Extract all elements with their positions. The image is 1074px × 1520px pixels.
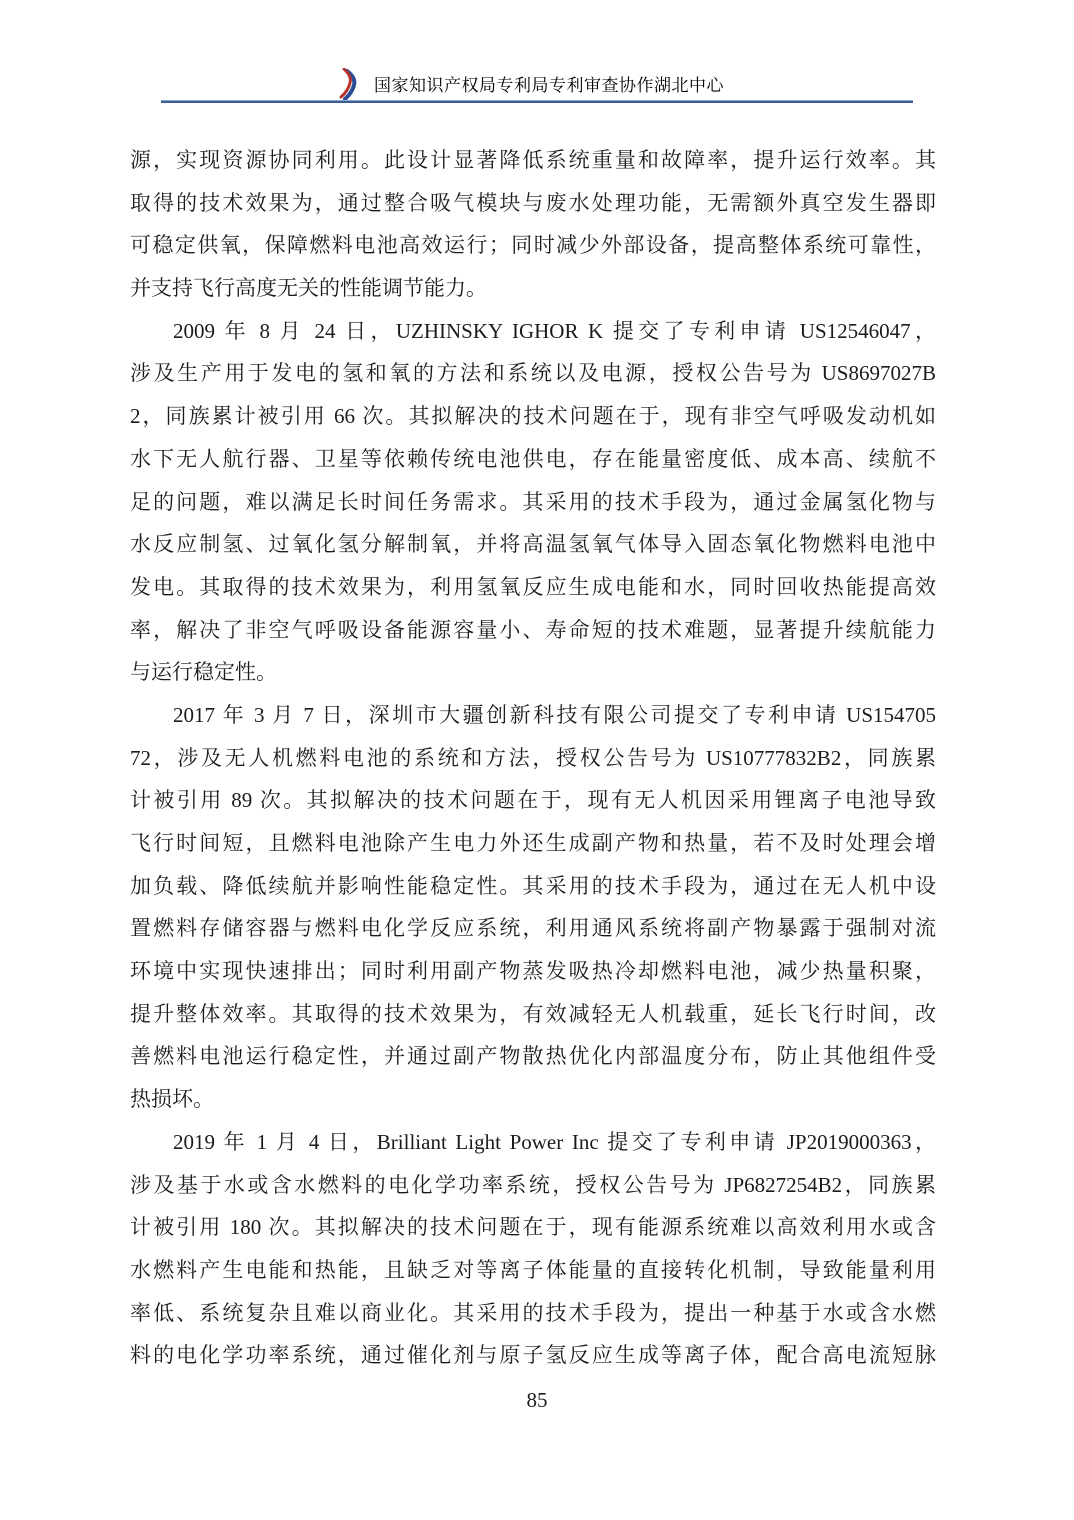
text-line: 热损坏。 bbox=[130, 1078, 936, 1121]
text-line: 计被引用 89 次。其拟解决的技术问题在于，现有无人机因采用锂离子电池导致 bbox=[130, 779, 936, 822]
text-line: 72，涉及无人机燃料电池的系统和方法，授权公告号为 US10777832B2，同… bbox=[130, 737, 936, 780]
header-rule-line bbox=[161, 100, 913, 103]
text-line: 取得的技术效果为，通过整合吸气模块与废水处理功能，无需额外真空发生器即 bbox=[130, 182, 936, 225]
paragraph-4: 2019 年 1 月 4 日，Brilliant Light Power Inc… bbox=[130, 1121, 936, 1377]
text-line: 与运行稳定性。 bbox=[130, 651, 936, 694]
text-line: 水下无人航行器、卫星等依赖传统电池供电，存在能量密度低、成本高、续航不 bbox=[130, 438, 936, 481]
text-line: 置燃料存储容器与燃料电化学反应系统，利用通风系统将副产物暴露于强制对流 bbox=[130, 907, 936, 950]
paragraph-1: 源，实现资源协同利用。此设计显著降低系统重量和故障率，提升运行效率。其取得的技术… bbox=[130, 139, 936, 310]
text-line: 加负载、降低续航并影响性能稳定性。其采用的技术手段为，通过在无人机中设 bbox=[130, 865, 936, 908]
paragraph-2: 2009 年 8 月 24 日，UZHINSKY IGHOR K 提交了专利申请… bbox=[130, 310, 936, 694]
text-line: 涉及基于水或含水燃料的电化学功率系统，授权公告号为 JP6827254B2，同族… bbox=[130, 1164, 936, 1207]
text-line: 足的问题，难以满足长时间任务需求。其采用的技术手段为，通过金属氢化物与 bbox=[130, 481, 936, 524]
paragraph-3: 2017 年 3 月 7 日，深圳市大疆创新科技有限公司提交了专利申请 US15… bbox=[130, 694, 936, 1121]
text-line: 善燃料电池运行稳定性，并通过副产物散热优化内部温度分布，防止其他组件受 bbox=[130, 1035, 936, 1078]
text-line: 2，同族累计被引用 66 次。其拟解决的技术问题在于，现有非空气呼吸发动机如 bbox=[130, 395, 936, 438]
text-line: 水反应制氢、过氧化氢分解制氧，并将高温氢氧气体导入固态氧化物燃料电池中 bbox=[130, 523, 936, 566]
text-line: 源，实现资源协同利用。此设计显著降低系统重量和故障率，提升运行效率。其 bbox=[130, 139, 936, 182]
text-line: 2019 年 1 月 4 日，Brilliant Light Power Inc… bbox=[130, 1121, 936, 1164]
page-header: 国家知识产权局专利局专利审查协作湖北中心 bbox=[0, 0, 1074, 110]
document-body-text: 源，实现资源协同利用。此设计显著降低系统重量和故障率，提升运行效率。其取得的技术… bbox=[130, 139, 936, 1377]
cnipa-logo-icon bbox=[339, 68, 359, 101]
text-line: 环境中实现快速排出；同时利用副产物蒸发吸热冷却燃料电池，减少热量积聚， bbox=[130, 950, 936, 993]
text-line: 涉及生产用于发电的氢和氧的方法和系统以及电源，授权公告号为 US8697027B bbox=[130, 352, 936, 395]
page-number: 85 bbox=[0, 1388, 1074, 1413]
document-page: 国家知识产权局专利局专利审查协作湖北中心 源，实现资源协同利用。此设计显著降低系… bbox=[0, 0, 1074, 1520]
text-line: 料的电化学功率系统，通过催化剂与原子氢反应生成等离子体，配合高电流短脉 bbox=[130, 1334, 936, 1377]
text-line: 提升整体效率。其取得的技术效果为，有效减轻无人机载重，延长飞行时间，改 bbox=[130, 993, 936, 1036]
text-line: 并支持飞行高度无关的性能调节能力。 bbox=[130, 267, 936, 310]
text-line: 率，解决了非空气呼吸设备能源容量小、寿命短的技术难题，显著提升续航能力 bbox=[130, 609, 936, 652]
text-line: 2017 年 3 月 7 日，深圳市大疆创新科技有限公司提交了专利申请 US15… bbox=[130, 694, 936, 737]
text-line: 可稳定供氧，保障燃料电池高效运行；同时减少外部设备，提高整体系统可靠性， bbox=[130, 224, 936, 267]
text-line: 率低、系统复杂且难以商业化。其采用的技术手段为，提出一种基于水或含水燃 bbox=[130, 1292, 936, 1335]
text-line: 水燃料产生电能和热能，且缺乏对等离子体能量的直接转化机制，导致能量利用 bbox=[130, 1249, 936, 1292]
text-line: 2009 年 8 月 24 日，UZHINSKY IGHOR K 提交了专利申请… bbox=[130, 310, 936, 353]
header-title: 国家知识产权局专利局专利审查协作湖北中心 bbox=[374, 75, 724, 97]
text-line: 计被引用 180 次。其拟解决的技术问题在于，现有能源系统难以高效利用水或含 bbox=[130, 1206, 936, 1249]
text-line: 飞行时间短，且燃料电池除产生电力外还生成副产物和热量，若不及时处理会增 bbox=[130, 822, 936, 865]
text-line: 发电。其取得的技术效果为，利用氢氧反应生成电能和水，同时回收热能提高效 bbox=[130, 566, 936, 609]
